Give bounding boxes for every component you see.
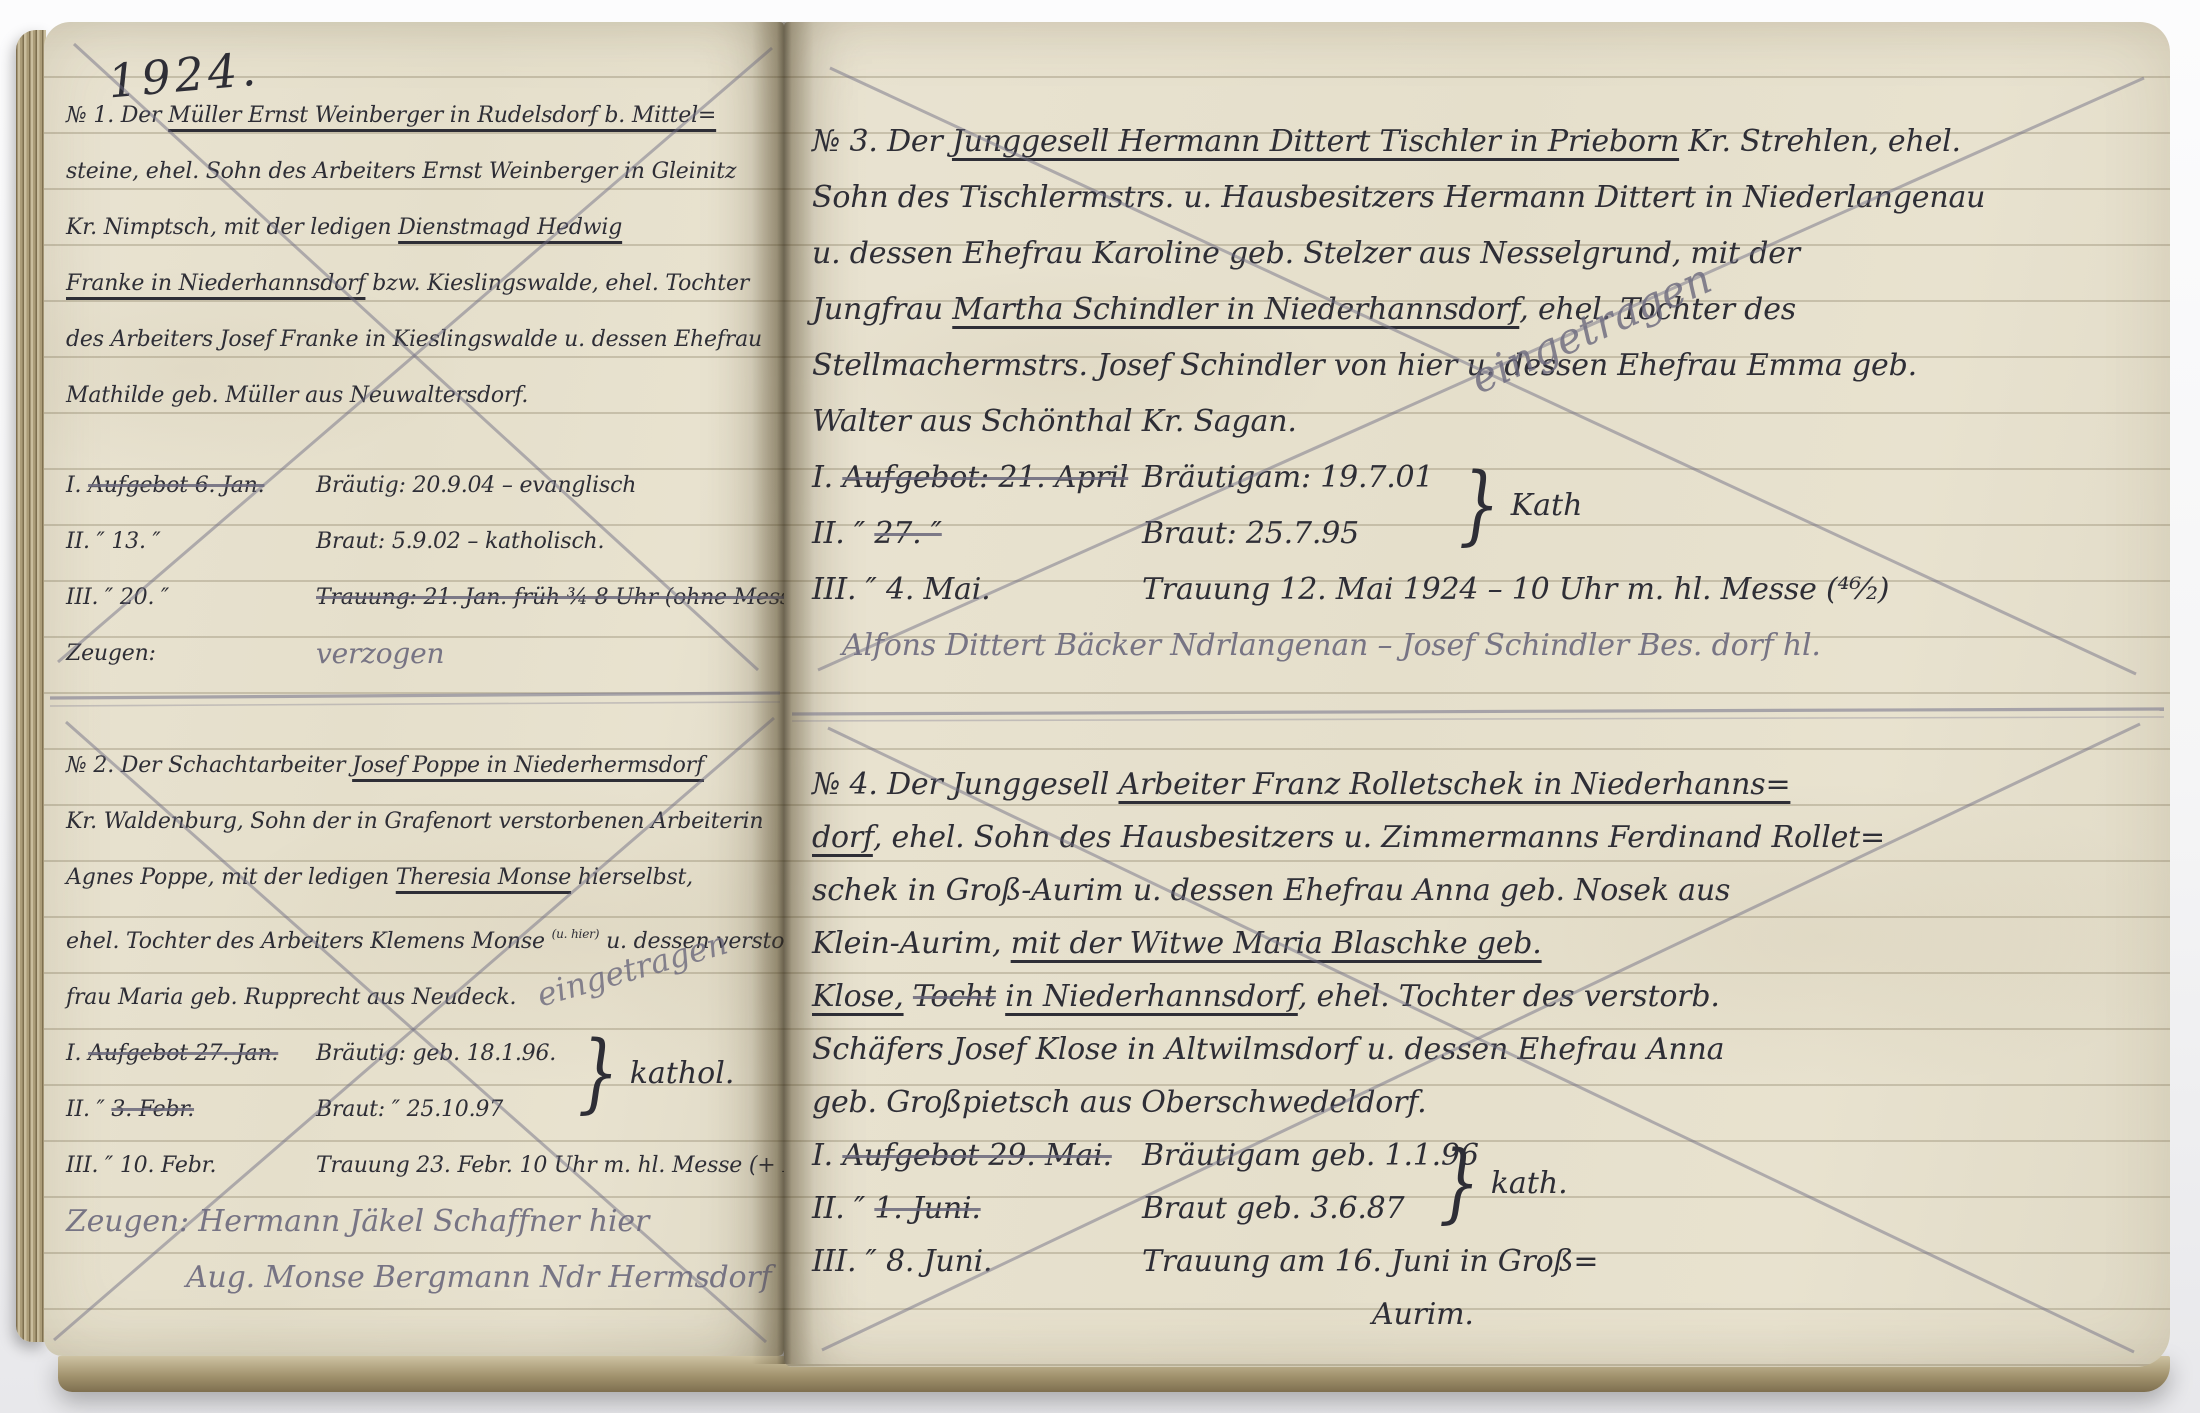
handwriting-segment: Zeugen:	[66, 641, 156, 666]
handwriting-line: II. ″ 13. ″Braut: 5.9.02 – katholisch.	[66, 514, 774, 570]
handwriting-line: Klose, Tocht in Niederhannsdorf, ehel. T…	[812, 970, 2160, 1023]
handwriting-segment: in Niederhannsdorf	[1005, 979, 1298, 1014]
handwriting-line: Klein-Aurim, mit der Witwe Maria Blaschk…	[812, 917, 2160, 970]
registry-book-photo: 1924. № 1. Der Müller Ernst Weinberger i…	[0, 0, 2200, 1413]
handwriting-segment: Aufgebot 29. Mai.	[842, 1138, 1112, 1173]
handwriting-segment: I.	[812, 1138, 842, 1173]
handwriting-segment: Braut: 25.7.95	[1142, 516, 1359, 551]
handwriting-segment: schek in Groß-Aurim u. dessen Ehefrau An…	[812, 873, 1730, 908]
handwriting-segment: Bräutigam: 19.7.01	[1142, 460, 1433, 495]
handwriting-line: III. ″ 4. Mai.Trauung 12. Mai 1924 – 10 …	[812, 562, 2160, 618]
handwriting-segment: Arbeiter Franz Rolletschek in Niederhann…	[1118, 767, 1790, 802]
handwriting-segment: bzw. Kieslingswalde, ehel. Tochter	[365, 271, 749, 296]
handwriting-segment: Zeugen: Hermann Jäkel Schaffner hier	[66, 1204, 649, 1239]
handwriting-line: u. dessen Ehefrau Karoline geb. Stelzer …	[812, 226, 2160, 282]
handwriting-segment: hierselbst,	[571, 865, 693, 890]
handwriting-segment: III. ″ 20. ″	[66, 585, 169, 610]
handwriting-segment: verzogen	[316, 637, 444, 670]
handwriting-line: № 3. Der Junggesell Hermann Dittert Tisc…	[812, 114, 2160, 170]
handwriting-line: III. ″ 10. Febr.Trauung 23. Febr. 10 Uhr…	[66, 1138, 774, 1194]
entry-record-1: № 1. Der Müller Ernst Weinberger in Rude…	[66, 88, 774, 685]
handwriting-segment: Braut: ″ 25.10.97	[316, 1097, 503, 1122]
handwriting-segment: dorf	[812, 820, 873, 855]
handwriting-line: Aug. Monse Bergmann Ndr Hermsdorf	[186, 1250, 774, 1306]
handwriting-segment: Josef Poppe in Niederhermsdorf	[352, 753, 704, 778]
handwriting-segment: ehel. Tochter des Arbeiters Klemens Mons…	[66, 929, 552, 954]
handwriting-line: Aurim.	[1372, 1288, 2160, 1341]
handwriting-segment: Kr. Strehlen, ehel.	[1679, 124, 1961, 159]
handwriting-line	[66, 424, 774, 458]
handwriting-segment: frau Maria geb. Rupprecht aus Neudeck.	[66, 985, 516, 1010]
handwriting-segment: Agnes Poppe, mit der ledigen	[66, 865, 396, 890]
handwriting-line: Walter aus Schönthal Kr. Sagan.	[812, 394, 2160, 450]
handwriting-segment: Aufgebot 27. Jan.	[88, 1041, 278, 1066]
religion-brace-note: }Kath	[1452, 462, 1582, 548]
handwriting-segment: Theresia Monse	[396, 865, 571, 890]
handwriting-segment: Trauung 12. Mai 1924 – 10 Uhr m. hl. Mes…	[1142, 572, 1889, 607]
handwriting-line: Jungfrau Martha Schindler in Niederhanns…	[812, 282, 2160, 338]
handwriting-segment: , ehel. Tochter des verstorb.	[1298, 979, 1720, 1014]
handwriting-segment: , ehel. Sohn des Hausbesitzers u. Zimmer…	[873, 820, 1885, 855]
handwriting-segment: Kr. Nimptsch, mit der ledigen	[66, 215, 398, 240]
handwriting-segment: geb. Großpietsch aus Oberschwedeldorf.	[812, 1085, 1426, 1120]
handwriting-segment: № 4. Der Junggesell	[812, 767, 1118, 802]
handwriting-segment: Braut: 5.9.02 – katholisch.	[316, 529, 604, 554]
handwriting-line: № 1. Der Müller Ernst Weinberger in Rude…	[66, 88, 774, 144]
handwriting-line: № 4. Der Junggesell Arbeiter Franz Rolle…	[812, 758, 2160, 811]
handwriting-segment: 3. Febr.	[111, 1097, 194, 1122]
handwriting-line: III. ″ 8. Juni.Trauung am 16. Juni in Gr…	[812, 1235, 2160, 1288]
handwriting-segment: Jungfrau	[812, 292, 952, 327]
handwriting-segment: Müller Ernst Weinberger in Rudelsdorf b.…	[168, 103, 716, 128]
page-edge-stack	[16, 30, 46, 1342]
handwriting-segment: Aug. Monse Bergmann Ndr Hermsdorf	[186, 1260, 771, 1295]
handwriting-segment: № 1. Der	[66, 103, 168, 128]
handwriting-line: Zeugen:verzogen	[66, 626, 774, 685]
handwriting-segment: Bräutig: geb. 18.1.96.	[316, 1041, 556, 1066]
handwriting-segment: II. ″	[66, 1097, 111, 1122]
handwriting-segment: III. ″ 10. Febr.	[66, 1153, 216, 1178]
handwriting-line: Zeugen: Hermann Jäkel Schaffner hier	[66, 1194, 774, 1250]
handwriting-segment: III. ″ 8. Juni.	[812, 1244, 992, 1279]
handwriting-line: des Arbeiters Josef Franke in Kieslingsw…	[66, 312, 774, 368]
right-page: № 3. Der Junggesell Hermann Dittert Tisc…	[784, 22, 2170, 1367]
handwriting-segment: u. dessen Ehefrau Karoline geb. Stelzer …	[812, 236, 1800, 271]
left-page: 1924. № 1. Der Müller Ernst Weinberger i…	[44, 22, 784, 1356]
religion-brace-note: }kath.	[1432, 1140, 1568, 1226]
handwriting-segment: II. ″ 13. ″	[66, 529, 161, 554]
entry-record-3: № 3. Der Junggesell Hermann Dittert Tisc…	[812, 114, 2160, 674]
handwriting-segment: Aufgebot: 21. April	[842, 460, 1128, 495]
handwriting-segment: № 3. Der	[812, 124, 952, 159]
handwriting-line: Mathilde geb. Müller aus Neuwaltersdorf.	[66, 368, 774, 424]
handwriting-segment: I.	[66, 473, 88, 498]
handwriting-line: geb. Großpietsch aus Oberschwedeldorf.	[812, 1076, 2160, 1129]
handwriting-line: Sohn des Tischlermstrs. u. Hausbesitzers…	[812, 170, 2160, 226]
handwriting-segment: Bräutig: 20.9.04 – evanglisch	[316, 473, 636, 498]
handwriting-line: № 2. Der Schachtarbeiter Josef Poppe in …	[66, 738, 774, 794]
handwriting-segment: des Arbeiters Josef Franke in Kieslingsw…	[66, 327, 762, 352]
handwriting-segment: Martha Schindler in Niederhannsdorf	[952, 292, 1519, 327]
handwriting-line: I. Aufgebot 6. Jan.Bräutig: 20.9.04 – ev…	[66, 458, 774, 514]
handwriting-segment: Junggesell Hermann Dittert Tischler in P…	[952, 124, 1679, 159]
handwriting-segment: Klein-Aurim,	[812, 926, 1011, 961]
handwriting-segment: Mathilde geb. Müller aus Neuwaltersdorf.	[66, 383, 528, 408]
handwriting-segment: Stellmachermstrs. Josef Schindler von hi…	[812, 348, 1917, 383]
handwriting-segment: Trauung 23. Febr. 10 Uhr m. hl. Messe (+…	[316, 1153, 859, 1178]
handwriting-line: Kr. Nimptsch, mit der ledigen Dienstmagd…	[66, 200, 774, 256]
handwriting-line: Franke in Niederhannsdorf bzw. Kieslings…	[66, 256, 774, 312]
handwriting-segment: II. ″	[812, 1191, 874, 1226]
handwriting-segment: Braut geb. 3.6.87	[1142, 1191, 1404, 1226]
handwriting-line: Alfons Dittert Bäcker Ndrlangenan – Jose…	[842, 618, 2160, 674]
handwriting-segment: Alfons Dittert Bäcker Ndrlangenan – Jose…	[842, 628, 1821, 663]
handwriting-segment: 27. ″	[874, 516, 941, 551]
handwriting-segment	[904, 979, 913, 1014]
handwriting-segment: Sohn des Tischlermstrs. u. Hausbesitzers…	[812, 180, 1985, 215]
handwriting-segment: Walter aus Schönthal Kr. Sagan.	[812, 404, 1297, 439]
handwriting-segment: (u. hier)	[552, 927, 600, 941]
handwriting-segment: Kr. Waldenburg, Sohn der in Grafenort ve…	[66, 809, 763, 834]
entry-record-2: № 2. Der Schachtarbeiter Josef Poppe in …	[66, 738, 774, 1306]
handwriting-segment: Trauung: 21. Jan. früh ¾ 8 Uhr (ohne Mes…	[316, 585, 812, 610]
handwriting-line: dorf, ehel. Sohn des Hausbesitzers u. Zi…	[812, 811, 2160, 864]
handwriting-segment: Dienstmagd Hedwig	[398, 215, 622, 240]
handwriting-line: schek in Groß-Aurim u. dessen Ehefrau An…	[812, 864, 2160, 917]
handwriting-segment: steine, ehel. Sohn des Arbeiters Ernst W…	[66, 159, 736, 184]
handwriting-segment: Bräutigam geb. 1.1.96	[1142, 1138, 1479, 1173]
handwriting-segment: I.	[812, 460, 842, 495]
handwriting-segment: III. ″ 4. Mai.	[812, 572, 990, 607]
handwriting-line: Schäfers Josef Klose in Altwilmsdorf u. …	[812, 1023, 2160, 1076]
handwriting-segment: № 2. Der Schachtarbeiter	[66, 753, 352, 778]
handwriting-segment: Schäfers Josef Klose in Altwilmsdorf u. …	[812, 1032, 1724, 1067]
handwriting-segment: Klose,	[812, 979, 904, 1014]
handwriting-line: steine, ehel. Sohn des Arbeiters Ernst W…	[66, 144, 774, 200]
handwriting-segment: Tocht	[913, 979, 996, 1014]
handwriting-segment: 1. Juni.	[874, 1191, 980, 1226]
handwriting-segment: Aufgebot 6. Jan.	[88, 473, 264, 498]
handwriting-line: Kr. Waldenburg, Sohn der in Grafenort ve…	[66, 794, 774, 850]
handwriting-segment: I.	[66, 1041, 88, 1066]
handwriting-segment: Aurim.	[1372, 1297, 1474, 1332]
handwriting-segment: Trauung am 16. Juni in Groß=	[1142, 1244, 1598, 1279]
religion-brace-note: }kathol.	[571, 1030, 734, 1116]
handwriting-line: Agnes Poppe, mit der ledigen Theresia Mo…	[66, 850, 774, 906]
handwriting-segment	[996, 979, 1005, 1014]
handwriting-line: III. ″ 20. ″Trauung: 21. Jan. früh ¾ 8 U…	[66, 570, 774, 626]
handwriting-segment: mit der Witwe Maria Blaschke geb.	[1011, 926, 1542, 961]
handwriting-segment: II. ″	[812, 516, 874, 551]
handwriting-segment: Franke in Niederhannsdorf	[66, 271, 365, 296]
entry-record-4: № 4. Der Junggesell Arbeiter Franz Rolle…	[812, 758, 2160, 1341]
